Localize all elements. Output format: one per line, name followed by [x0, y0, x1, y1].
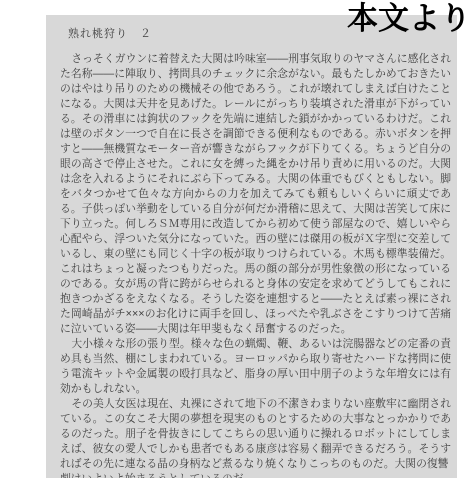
document-page: 熟れ桃狩り ２ さっそくガウンに着替えた大関は吟味室――刑事気取りのヤマさんに感… — [46, 15, 457, 478]
document-body: さっそくガウンに着替えた大関は吟味室――刑事気取りのヤマさんに感化された名称――… — [60, 52, 451, 478]
paragraph-1: さっそくガウンに着替えた大関は吟味室――刑事気取りのヤマさんに感化された名称――… — [60, 52, 451, 337]
page-source-label: 本文より — [347, 0, 468, 38]
paragraph-2: 大小様々な形の張り型。様々な色の蝋燭、鞭、あるいは浣腸器などの定番の責め具も当然… — [60, 337, 451, 397]
paragraph-3: その美人女医は現在、丸裸にされて地下の不潔きわまりない座敷牢に幽閉されている。こ… — [60, 397, 451, 472]
clipped-last-line: 劇はいよいよ始まろうとしているのだ。 — [60, 472, 451, 478]
